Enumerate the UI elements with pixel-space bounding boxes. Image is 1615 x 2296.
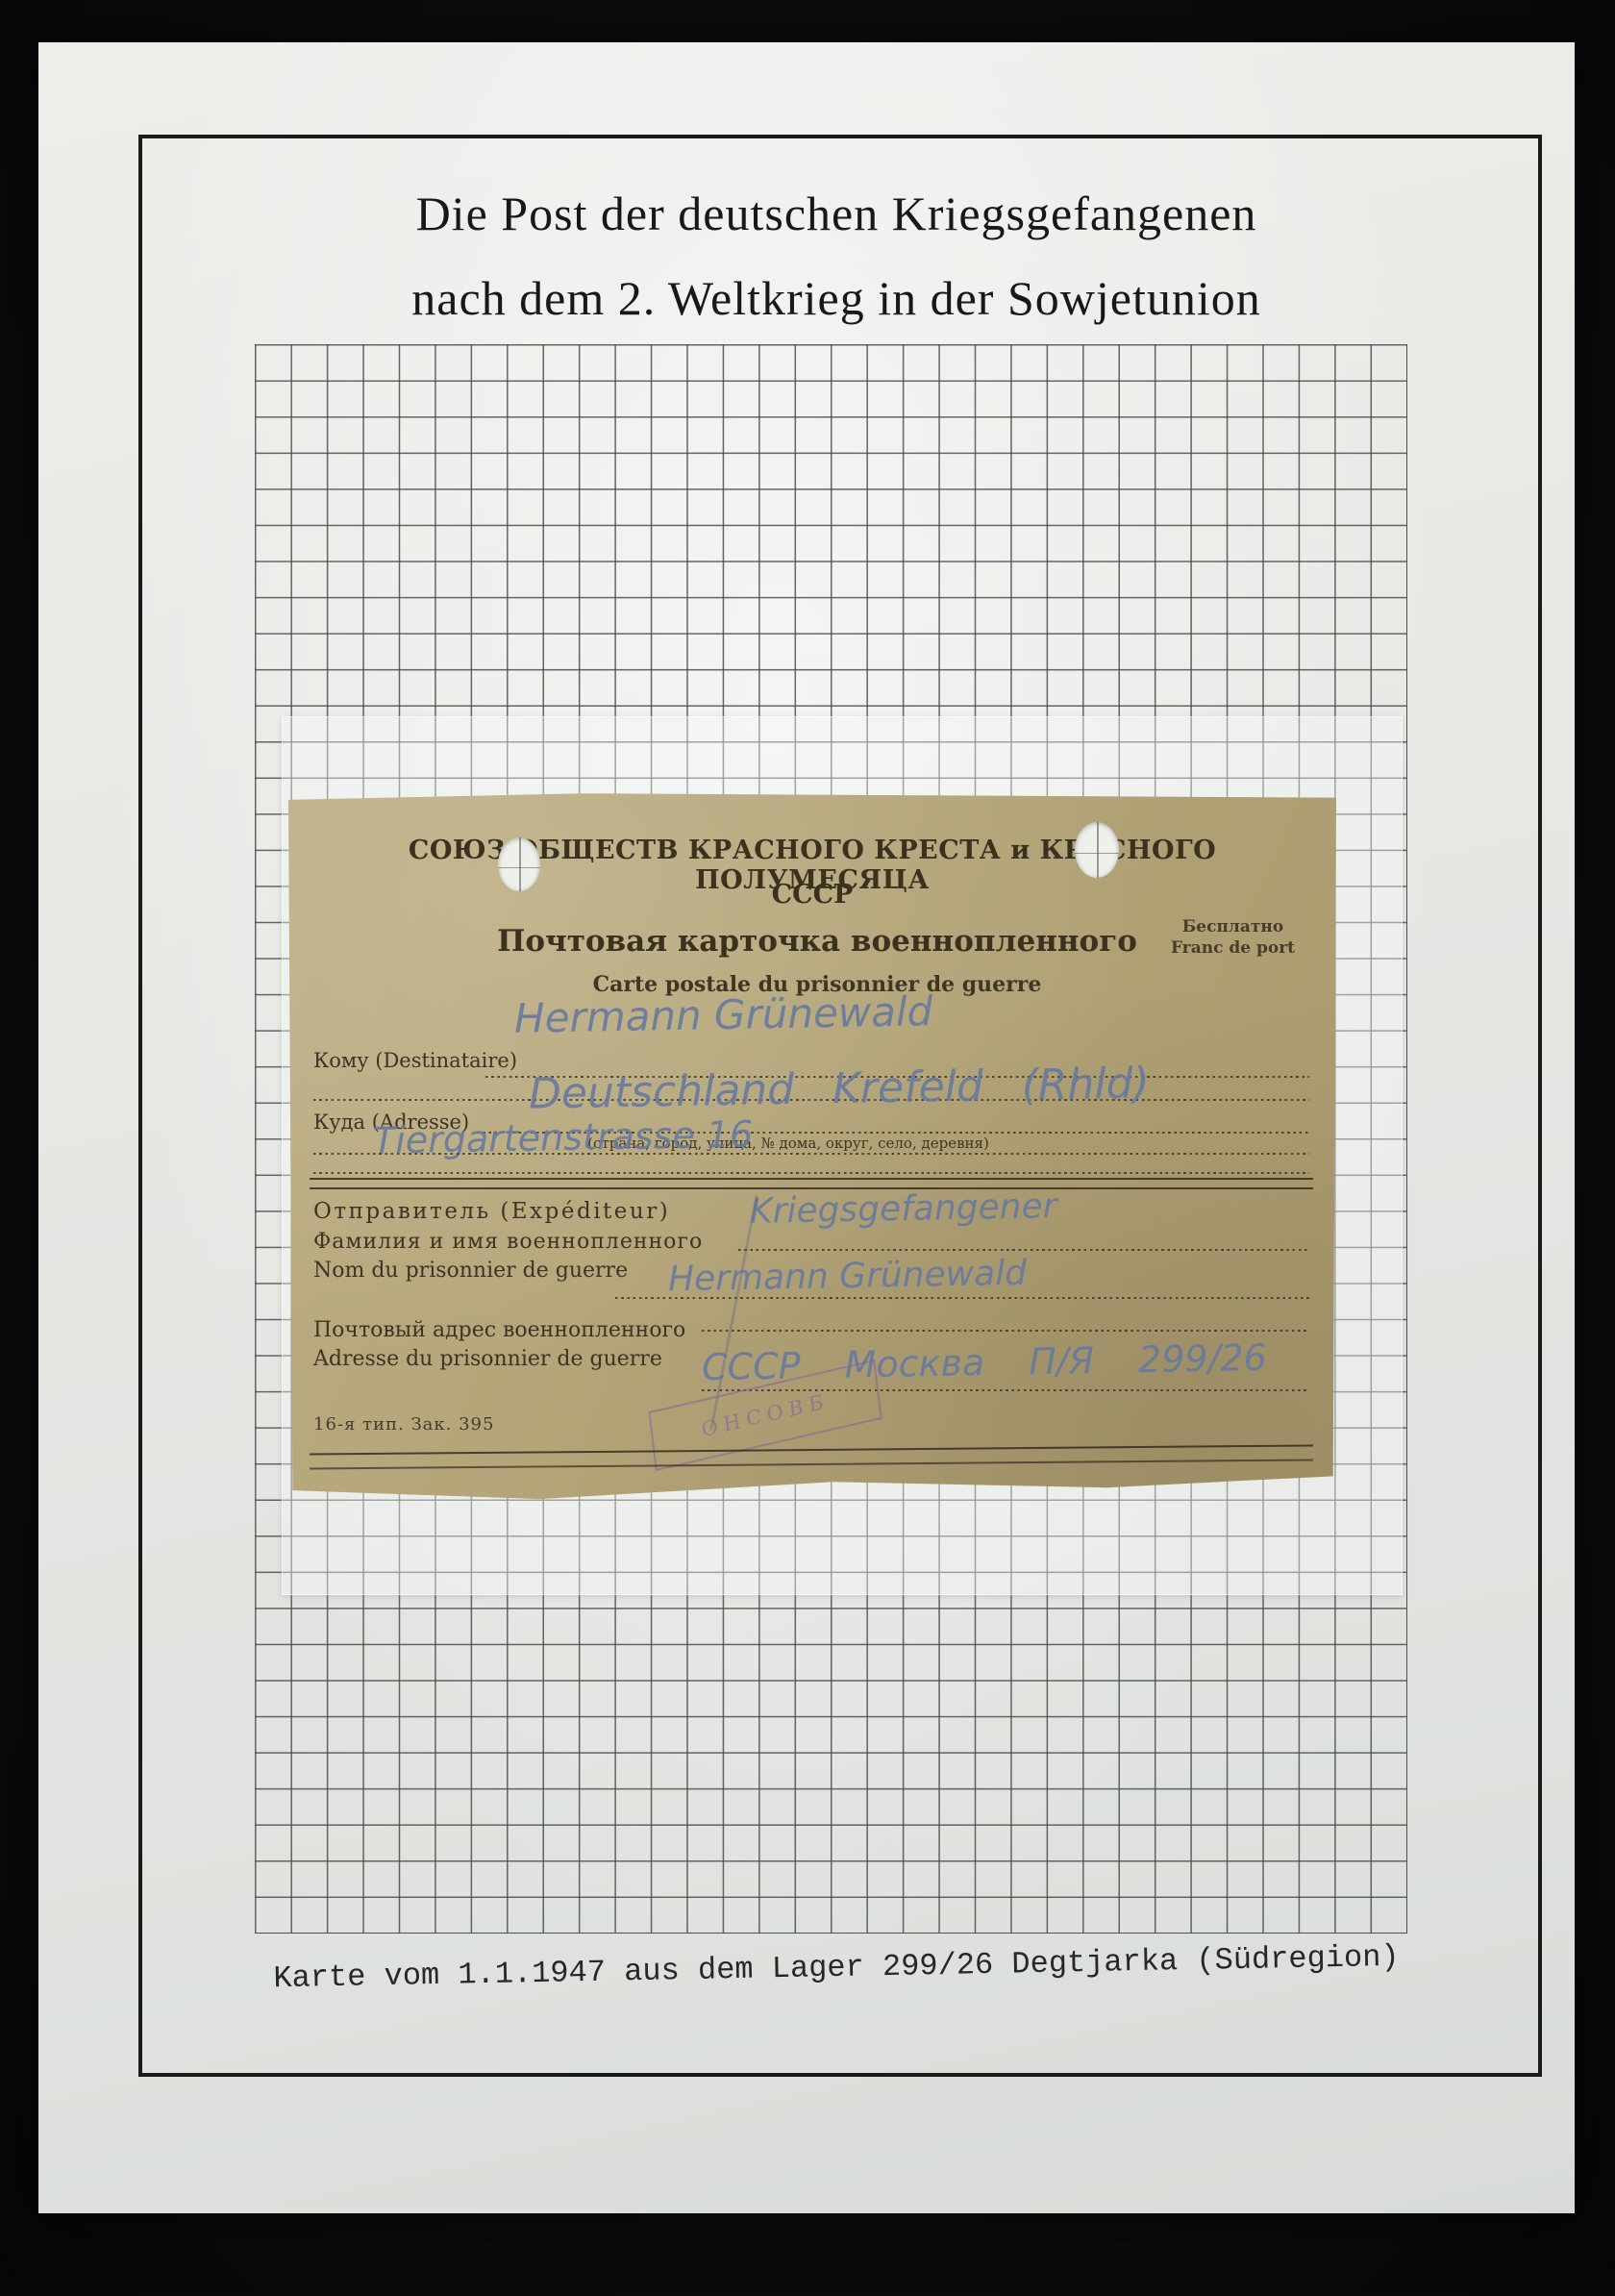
sender-label: Отправитель (Expéditeur) — [313, 1199, 670, 1224]
pow-postcard: СОЮЗ ОБЩЕСТВ КРАСНОГО КРЕСТА и КРАСНОГО … — [288, 791, 1336, 1505]
card-bottom-rules — [310, 1444, 1313, 1469]
sender-name-handwriting: Hermann Grünewald — [668, 1254, 1028, 1300]
separator-double-line — [310, 1178, 1313, 1189]
photo-backdrop: Die Post der deutschen Kriegsgefangenen … — [0, 0, 1615, 2296]
dotted-line — [702, 1330, 1309, 1332]
punch-hole-right — [1075, 822, 1119, 878]
pow-address-label-french: Adresse du prisonnier de guerre — [313, 1347, 662, 1371]
album-page: Die Post der deutschen Kriegsgefangenen … — [38, 42, 1575, 2213]
recipient-label: Кому (Destinataire) — [313, 1049, 517, 1072]
address-country-handwriting: Deutschland Krefeld (Rhld) — [529, 1059, 1151, 1118]
card-title-russian: Почтовая карточка военнопленного — [341, 924, 1293, 959]
dotted-line — [738, 1249, 1309, 1251]
page-title: Die Post der deutschen Kriegsgefangenen … — [138, 171, 1534, 340]
sender-name-label-russian: Фамилия и имя военнопленного — [313, 1230, 703, 1254]
printing-imprint: 16-я тип. Зак. 395 — [313, 1414, 494, 1435]
red-cross-org-country: СССР — [317, 880, 1307, 910]
sender-name-label-french: Nom du prisonnier de guerre — [313, 1259, 628, 1283]
dotted-line — [615, 1297, 1309, 1299]
dotted-line — [313, 1153, 1309, 1155]
pow-address-label-russian: Почтовый адрес военнопленного — [313, 1318, 685, 1342]
sender-status-handwriting: Kriegsgefangener — [750, 1186, 1057, 1232]
page-title-line1: Die Post der deutschen Kriegsgefangenen — [138, 171, 1534, 256]
page-title-line2: nach dem 2. Weltkrieg in der Sowjetunion — [138, 256, 1534, 340]
dotted-line — [313, 1172, 1309, 1174]
punch-hole-left — [498, 837, 540, 891]
recipient-handwriting: Hermann Grünewald — [514, 987, 933, 1042]
